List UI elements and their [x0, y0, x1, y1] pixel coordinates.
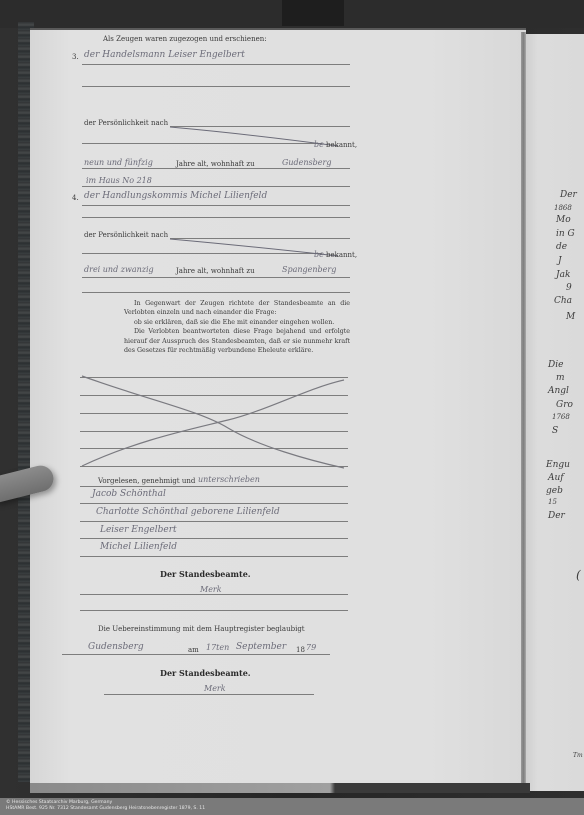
witness-4-known-prefix: be — [314, 250, 324, 259]
declaration-text: In Gegenwart der Zeugen richtete der Sta… — [124, 299, 350, 355]
witness-4-age-label: Jahre alt, wohnhaft zu — [176, 267, 255, 275]
facing-text: Der — [548, 511, 565, 521]
rule — [82, 292, 350, 293]
declaration-p2: ob sie erklären, daß sie die Ehe mit ein… — [124, 318, 350, 327]
facing-text: Gro — [556, 400, 573, 410]
signature-1: Jacob Schönthal — [92, 489, 166, 499]
facing-text: in G — [556, 229, 575, 239]
facing-text: Engu — [546, 460, 570, 470]
signatures-label: Vorgelesen, genehmigt und — [98, 477, 195, 485]
facing-text: Die — [548, 360, 563, 370]
official-signature-2: Merk — [204, 684, 226, 693]
witness-3-identity-suffix: bekannt, — [326, 141, 357, 149]
rule — [62, 654, 330, 655]
rule — [82, 217, 350, 218]
witness-4-age: drei und zwanzig — [84, 265, 154, 274]
witness-4-residence: Spangenberg — [282, 265, 336, 274]
witness-3-age: neun und fünfzig — [84, 158, 153, 167]
strike-cross — [78, 370, 350, 470]
scan-top-shadow — [282, 0, 344, 26]
rule — [82, 64, 350, 65]
certification-year-suffix: 79 — [306, 643, 316, 652]
witness-3-number: 3. — [72, 53, 79, 61]
certification-day: 17ten — [206, 643, 229, 652]
witness-4-identity-label: der Persönlichkeit nach — [84, 231, 168, 239]
facing-text: Angl — [548, 386, 569, 396]
declaration-p3: Die Verlobten beantworteten diese Frage … — [124, 327, 350, 355]
rule — [80, 610, 348, 611]
witness-heading: Als Zeugen waren zugezogen und erschiene… — [103, 35, 267, 43]
rule — [82, 86, 350, 87]
page-bottom-edge — [30, 783, 530, 793]
rule — [80, 486, 348, 487]
witness-3-age-label: Jahre alt, wohnhaft zu — [176, 160, 255, 168]
rule — [104, 694, 314, 695]
facing-text: geb — [546, 486, 563, 496]
witness-4-identity-suffix: bekannt, — [326, 251, 357, 259]
facing-text: 1768 — [552, 413, 570, 421]
rule — [82, 277, 350, 278]
official-title: Der Standesbeamte. — [160, 569, 251, 579]
rule — [82, 186, 350, 187]
rule — [80, 538, 348, 539]
certification-text: Die Uebereinstimmung mit dem Hauptregist… — [98, 625, 305, 633]
witness-4-name: der Handlungskommis Michel Lilienfeld — [84, 191, 267, 201]
facing-text: m — [556, 373, 565, 383]
facing-text: J — [558, 256, 562, 266]
certification-place: Gudensberg — [88, 642, 144, 652]
facing-text: Tm — [573, 752, 583, 759]
certification-month: September — [236, 642, 286, 652]
facing-text: M — [566, 312, 575, 322]
signatures-label-hand: unterschrieben — [198, 475, 260, 484]
facing-text: Cha — [554, 296, 572, 306]
witness-3-known-prefix: be — [314, 140, 324, 149]
witness-3-residence: Gudensberg — [282, 158, 331, 167]
witness-3-name: der Handelsmann Leiser Engelbert — [84, 50, 245, 60]
certification-am: am — [188, 646, 199, 654]
rule — [80, 503, 348, 504]
facing-text: Der — [560, 190, 577, 200]
scan-top-edge — [0, 0, 584, 28]
signature-3: Leiser Engelbert — [100, 525, 177, 535]
facing-text: Jak — [556, 270, 570, 280]
witness-3-residence-line2: im Haus No 218 — [86, 176, 152, 185]
facing-text: 9 — [566, 283, 572, 293]
facing-text: 15 — [548, 498, 557, 506]
official-signature: Merk — [200, 585, 222, 594]
rule — [80, 521, 348, 522]
facing-text: Mo — [556, 215, 571, 225]
rule — [82, 168, 350, 169]
facing-text: Auf — [548, 473, 564, 483]
facing-text: de — [556, 242, 567, 252]
facing-text: 1868 — [554, 204, 572, 212]
signature-2: Charlotte Schönthal geborene Lilienfeld — [96, 507, 280, 517]
rule — [80, 556, 348, 557]
facing-text: ( — [576, 568, 581, 582]
rule — [80, 594, 348, 595]
footer-citation: HStAMR Best. 925 Nr. 7312 Standesamt Gud… — [6, 806, 205, 812]
facing-text: S — [552, 426, 558, 436]
official-title-2: Der Standesbeamte. — [160, 668, 251, 678]
witness-3-identity-label: der Persönlichkeit nach — [84, 119, 168, 127]
archive-footer: © Hessisches Staatsarchiv Marburg, Germa… — [0, 798, 584, 815]
certification-year-prefix: 18 — [296, 646, 305, 654]
rule — [82, 205, 350, 206]
declaration-p1: In Gegenwart der Zeugen richtete der Sta… — [124, 299, 350, 318]
signature-4: Michel Lilienfeld — [100, 542, 177, 552]
witness-4-number: 4. — [72, 194, 79, 202]
